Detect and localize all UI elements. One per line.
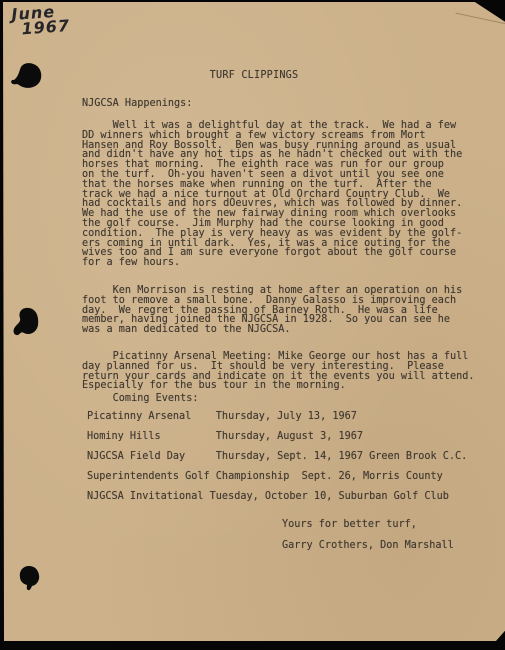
event-line: NJGCSA Field Day Thursday, Sept. 14, 196… [87,452,467,462]
closing-signatures: Garry Crothers, Don Marshall [282,541,454,551]
scanned-page: June 1967 TURF CLIPPINGS NJGCSA Happenin… [3,2,505,641]
paragraph-member-news: Ken Morrison is resting at home after an… [82,286,462,335]
paragraph-arsenal-meeting: Picatinny Arsenal Meeting: Mike George o… [82,352,475,391]
ink-blot-middle [12,306,40,340]
event-line: Picatinny Arsenal Thursday, July 13, 196… [87,412,357,422]
coming-events-label: Coming Events: [82,394,199,404]
handwritten-year: 1967 [21,18,70,36]
closing-salutation: Yours for better turf, [282,520,417,530]
corner-fold-crease [455,13,505,25]
paragraph-track-day: Well it was a delightful day at the trac… [82,121,462,268]
ink-blot-bottom [18,565,41,592]
scan-background: June 1967 TURF CLIPPINGS NJGCSA Happenin… [0,0,505,650]
handwritten-date-note: June 1967 [11,3,70,37]
page-title: TURF CLIPPINGS [3,71,505,81]
event-line: Superintendents Golf Championship Sept. … [87,472,443,482]
event-line: NJGCSA Invitational Tuesday, October 10,… [87,492,449,502]
section-heading: NJGCSA Happenings: [82,99,192,109]
event-line: Hominy Hills Thursday, August 3, 1967 [87,432,363,442]
